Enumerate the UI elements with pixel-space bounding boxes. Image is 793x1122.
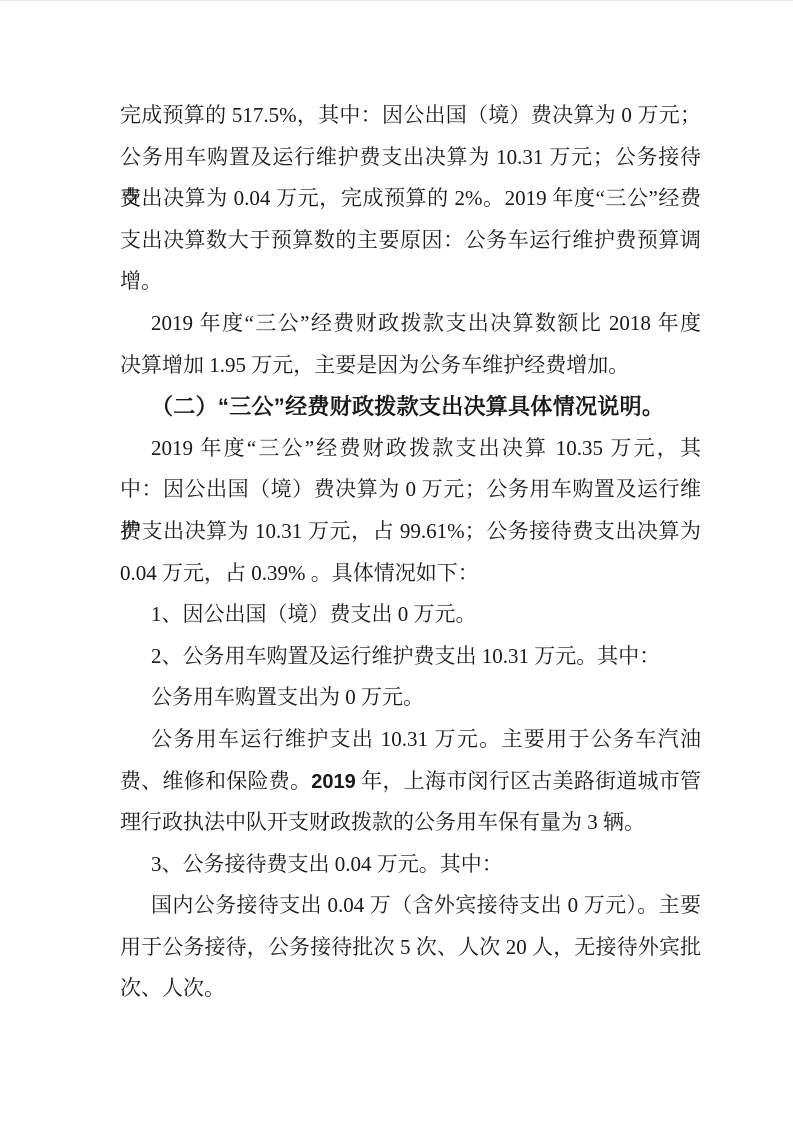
text-segment: 国内公务接待支出 0.04 万（含外宾接待支出 0 万元）。主要: [151, 893, 701, 917]
document-body: 完成预算的 517.5%，其中：因公出国（境）费决算为 0 万元；公务用车购置及…: [120, 95, 701, 1010]
paragraph-line: 决算增加 1.95 万元，主要是因为公务车维护经费增加。: [120, 345, 701, 387]
text-segment: 增。: [120, 269, 162, 293]
text-segment: 公务用车购置支出为 0 万元。: [151, 685, 424, 709]
text-segment: 年，上海市闵行区古美路街道城市管: [356, 769, 701, 793]
document-page: 完成预算的 517.5%，其中：因公出国（境）费决算为 0 万元；公务用车购置及…: [0, 0, 793, 1122]
paragraph-line: 1、因公出国（境）费支出 0 万元。: [120, 594, 701, 636]
text-segment: 1、因公出国（境）费支出 0 万元。: [151, 602, 477, 626]
paragraph-line: 费支出决算为 10.31 万元，占 99.61%；公务接待费支出决算为: [120, 511, 701, 553]
paragraph-line: 理行政执法中队开支财政拨款的公务用车保有量为 3 辆。: [120, 802, 701, 844]
text-segment: 完成预算的 517.5%，其中：因公出国（境）费决算为 0 万元；: [120, 103, 701, 127]
paragraph-line: 支出决算为 0.04 万元，完成预算的 2%。2019 年度“三公”经费: [120, 178, 701, 220]
paragraph-line: 国内公务接待支出 0.04 万（含外宾接待支出 0 万元）。主要: [120, 885, 701, 927]
paragraph-line: 2019 年度“三公”经费财政拨款支出决算数额比 2018 年度: [120, 303, 701, 345]
paragraph-line: 完成预算的 517.5%，其中：因公出国（境）费决算为 0 万元；: [120, 95, 701, 137]
section-heading: （二）“三公”经费财政拨款支出决算具体情况说明。: [120, 386, 701, 428]
text-segment: 支出决算为 0.04 万元，完成预算的 2%。2019 年度“三公”经费: [120, 186, 701, 210]
text-segment: 费、维修和保险费。: [120, 769, 311, 793]
text-segment: （二）“三公”经费财政拨款支出决算具体情况说明。: [151, 394, 664, 419]
text-segment: 2、公务用车购置及运行维护费支出 10.31 万元。其中：: [151, 644, 660, 668]
paragraph-line: 增。: [120, 261, 701, 303]
text-segment: 决算增加 1.95 万元，主要是因为公务车维护经费增加。: [120, 353, 629, 377]
paragraph-line: 0.04 万元，占 0.39% 。具体情况如下：: [120, 553, 701, 595]
text-segment: 理行政执法中队开支财政拨款的公务用车保有量为 3 辆。: [120, 810, 645, 834]
text-segment: 3、公务接待费支出 0.04 万元。其中：: [151, 852, 503, 876]
paragraph-line: 次、人次。: [120, 968, 701, 1010]
text-segment: 公务用车运行维护支出 10.31 万元。主要用于公务车汽油: [151, 727, 701, 751]
paragraph-line: 费、维修和保险费。2019 年，上海市闵行区古美路街道城市管: [120, 761, 701, 803]
text-segment: 0.04 万元，占 0.39% 。具体情况如下：: [120, 561, 479, 585]
paragraph-line: 公务用车运行维护支出 10.31 万元。主要用于公务车汽油: [120, 719, 701, 761]
paragraph-line: 2、公务用车购置及运行维护费支出 10.31 万元。其中：: [120, 636, 701, 678]
text-segment: 次、人次。: [120, 976, 225, 1000]
paragraph-line: 2019 年度“三公”经费财政拨款支出决算 10.35 万元，其: [120, 428, 701, 470]
bold-year-text: 2019: [311, 771, 356, 793]
paragraph-line: 公务用车购置及运行维护费支出决算为 10.31 万元；公务接待费: [120, 137, 701, 179]
text-segment: 用于公务接待，公务接待批次 5 次、人次 20 人，无接待外宾批: [120, 935, 701, 959]
paragraph-line: 公务用车购置支出为 0 万元。: [120, 677, 701, 719]
paragraph-line: 3、公务接待费支出 0.04 万元。其中：: [120, 844, 701, 886]
text-segment: 支出决算数大于预算数的主要原因：公务车运行维护费预算调: [120, 228, 701, 252]
paragraph-line: 用于公务接待，公务接待批次 5 次、人次 20 人，无接待外宾批: [120, 927, 701, 969]
text-segment: 2019 年度“三公”经费财政拨款支出决算数额比 2018 年度: [151, 311, 701, 335]
text-segment: 2019 年度“三公”经费财政拨款支出决算 10.35 万元，其: [151, 436, 701, 460]
paragraph-line: 中：因公出国（境）费决算为 0 万元；公务用车购置及运行维护: [120, 469, 701, 511]
text-segment: 费支出决算为 10.31 万元，占 99.61%；公务接待费支出决算为: [120, 519, 701, 543]
paragraph-line: 支出决算数大于预算数的主要原因：公务车运行维护费预算调: [120, 220, 701, 262]
